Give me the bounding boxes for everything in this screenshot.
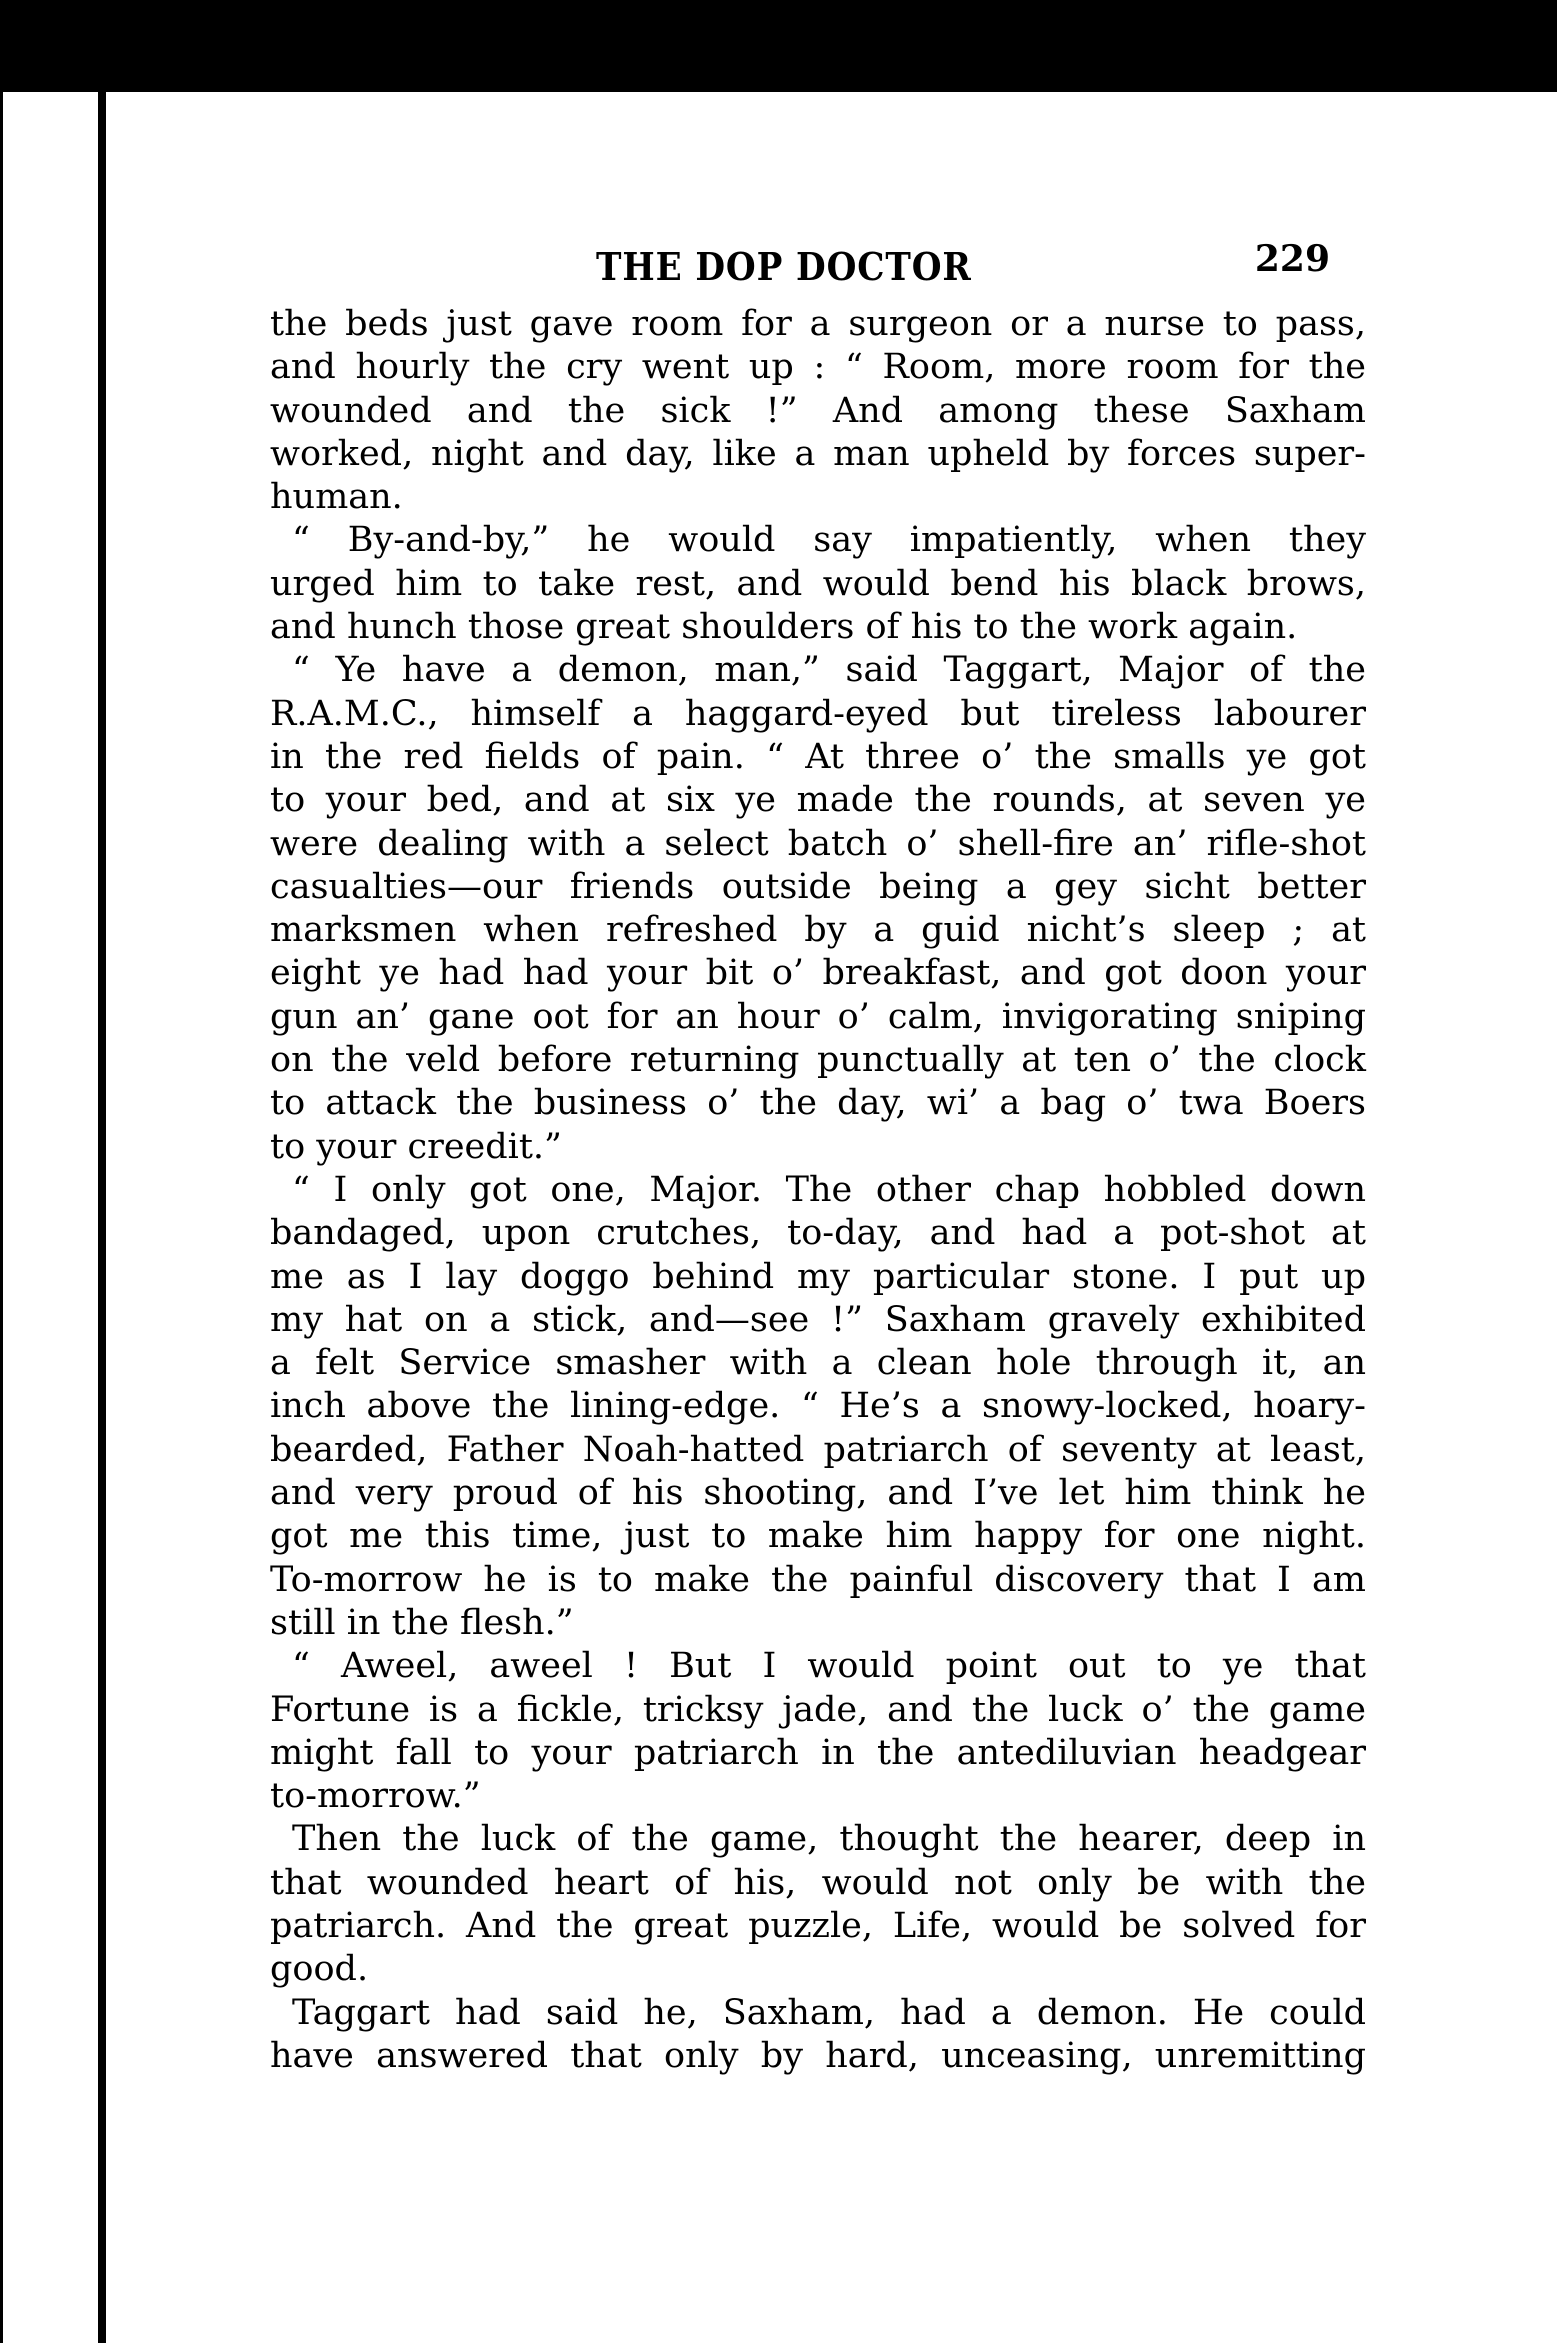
text-line: “ By-and-by,” he would say impatiently, … (270, 519, 1366, 562)
running-head-title: THE DOP DOCTOR (596, 244, 972, 289)
text-line: on the veld before returning punctually … (270, 1039, 1366, 1082)
text-line: were dealing with a select batch o’ shel… (270, 823, 1366, 866)
text-line: urged him to take rest, and would bend h… (270, 563, 1366, 606)
text-line: to your bed, and at six ye made the roun… (270, 779, 1366, 822)
text-line: have answered that only by hard, unceasi… (270, 2035, 1366, 2078)
text-line: inch above the lining-edge. “ He’s a sno… (270, 1385, 1366, 1428)
text-line: R.A.M.C., himself a haggard-eyed but tir… (270, 693, 1366, 736)
text-line: got me this time, just to make him happy… (270, 1515, 1366, 1558)
text-line: patriarch. And the great puzzle, Life, w… (270, 1905, 1366, 1948)
text-line: might fall to your patriarch in the ante… (270, 1732, 1366, 1775)
text-line: to your creedit.” (270, 1126, 1366, 1169)
scan-left-edge (0, 90, 3, 2343)
text-line: that wounded heart of his, would not onl… (270, 1862, 1366, 1905)
page-number: 229 (1255, 238, 1330, 280)
text-line: “ Aweel, aweel ! But I would point out t… (270, 1645, 1366, 1688)
text-line: the beds just gave room for a surgeon or… (270, 303, 1366, 346)
text-line: to-morrow.” (270, 1775, 1366, 1818)
text-line: human. (270, 476, 1366, 519)
text-line: bandaged, upon crutches, to-day, and had… (270, 1212, 1366, 1255)
text-line: me as I lay doggo behind my particular s… (270, 1256, 1366, 1299)
text-line: “ Ye have a demon, man,” said Taggart, M… (270, 649, 1366, 692)
text-line: bearded, Father Noah-hatted patriarch of… (270, 1429, 1366, 1472)
text-line: marksmen when refreshed by a guid nicht’… (270, 909, 1366, 952)
text-line: and very proud of his shooting, and I’ve… (270, 1472, 1366, 1515)
text-line: Taggart had said he, Saxham, had a demon… (270, 1992, 1366, 2035)
text-line: Then the luck of the game, thought the h… (270, 1818, 1366, 1861)
text-line: good. (270, 1948, 1366, 1991)
text-line: and hourly the cry went up : “ Room, mor… (270, 346, 1366, 389)
text-line: To-morrow he is to make the painful disc… (270, 1559, 1366, 1602)
text-line: and hunch those great shoulders of his t… (270, 606, 1366, 649)
text-line: still in the flesh.” (270, 1602, 1366, 1645)
text-line: a felt Service smasher with a clean hole… (270, 1342, 1366, 1385)
body-text: the beds just gave room for a surgeon or… (270, 303, 1366, 2078)
text-line: gun an’ gane oot for an hour o’ calm, in… (270, 996, 1366, 1039)
text-line: eight ye had had your bit o’ breakfast, … (270, 952, 1366, 995)
text-line: wounded and the sick !” And among these … (270, 390, 1366, 433)
text-line: Fortune is a fickle, tricksy jade, and t… (270, 1689, 1366, 1732)
scan-top-border (0, 0, 1557, 92)
running-head: THE DOP DOCTOR 229 (270, 238, 1366, 288)
text-line: “ I only got one, Major. The other chap … (270, 1169, 1366, 1212)
text-line: my hat on a stick, and—see !” Saxham gra… (270, 1299, 1366, 1342)
book-gutter-shadow (98, 90, 106, 2343)
text-line: in the red fields of pain. “ At three o’… (270, 736, 1366, 779)
text-line: worked, night and day, like a man upheld… (270, 433, 1366, 476)
text-line: casualties—our friends outside being a g… (270, 866, 1366, 909)
text-line: to attack the business o’ the day, wi’ a… (270, 1082, 1366, 1125)
